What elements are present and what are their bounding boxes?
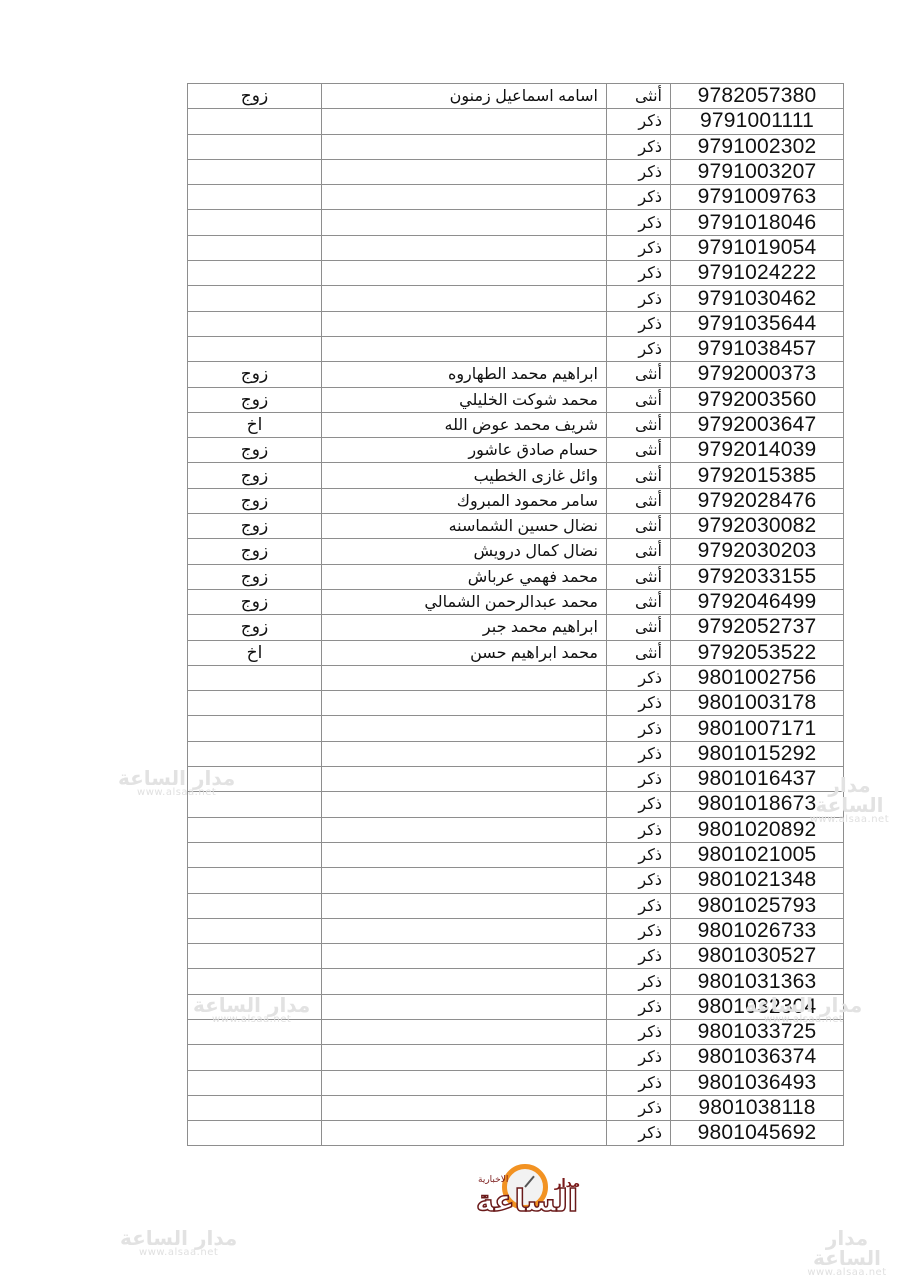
id-cell: 9791018046 (671, 210, 844, 235)
id-cell: 9791030462 (671, 286, 844, 311)
relation-cell: زوج (188, 589, 322, 614)
relation-cell (188, 159, 322, 184)
sex-cell: ذكر (607, 665, 671, 690)
table-row: ذكر9791003207 (188, 159, 844, 184)
table-row: ذكر9801018673 (188, 792, 844, 817)
id-cell: 9801036374 (671, 1045, 844, 1070)
name-cell (322, 969, 607, 994)
table-row: ذكر9801021348 (188, 868, 844, 893)
name-cell (322, 994, 607, 1019)
relation-cell (188, 210, 322, 235)
table-row: ذكر9801025793 (188, 893, 844, 918)
table-row: ذكر9801033725 (188, 1019, 844, 1044)
id-cell: 9791035644 (671, 311, 844, 336)
table-row: زوجمحمد عبدالرحمن الشماليأنثى9792046499 (188, 589, 844, 614)
sex-cell: أنثى (607, 84, 671, 109)
table-row: ذكر9801021005 (188, 842, 844, 867)
relation-cell (188, 1045, 322, 1070)
name-cell (322, 210, 607, 235)
table-row: ذكر9801032304 (188, 994, 844, 1019)
id-cell: 9801003178 (671, 691, 844, 716)
id-cell: 9792028476 (671, 488, 844, 513)
sex-cell: أنثى (607, 488, 671, 513)
table-row: ذكر9791019054 (188, 235, 844, 260)
name-cell (322, 185, 607, 210)
name-cell (322, 665, 607, 690)
relation-cell: اخ (188, 640, 322, 665)
name-cell: حسام صادق عاشور (322, 438, 607, 463)
table-row: زوجابراهيم محمد الطهاروهأنثى9792000373 (188, 362, 844, 387)
table-row: ذكر9801002756 (188, 665, 844, 690)
table-row: زوجابراهيم محمد جبرأنثى9792052737 (188, 615, 844, 640)
table-row: زوجوائل غازى الخطيبأنثى9792015385 (188, 463, 844, 488)
id-cell: 9792046499 (671, 589, 844, 614)
name-cell (322, 767, 607, 792)
sex-cell: ذكر (607, 918, 671, 943)
relation-cell (188, 1095, 322, 1120)
relation-cell (188, 109, 322, 134)
id-cell: 9791009763 (671, 185, 844, 210)
name-cell (322, 868, 607, 893)
relation-cell: زوج (188, 514, 322, 539)
relation-cell: اخ (188, 412, 322, 437)
sex-cell: ذكر (607, 134, 671, 159)
name-cell: محمد شوكت الخليلي (322, 387, 607, 412)
name-cell (322, 918, 607, 943)
id-cell: 9792003560 (671, 387, 844, 412)
name-cell (322, 691, 607, 716)
relation-cell (188, 893, 322, 918)
sex-cell: أنثى (607, 514, 671, 539)
id-cell: 9801026733 (671, 918, 844, 943)
table-row: ذكر9801036374 (188, 1045, 844, 1070)
relation-cell: زوج (188, 463, 322, 488)
id-cell: 9801032304 (671, 994, 844, 1019)
relation-cell (188, 969, 322, 994)
relation-cell (188, 261, 322, 286)
sex-cell: ذكر (607, 210, 671, 235)
relation-cell (188, 792, 322, 817)
table-row: ذكر9791035644 (188, 311, 844, 336)
sex-cell: ذكر (607, 994, 671, 1019)
table-row: ذكر9791002302 (188, 134, 844, 159)
sex-cell: ذكر (607, 261, 671, 286)
sex-cell: ذكر (607, 842, 671, 867)
sex-cell: ذكر (607, 109, 671, 134)
id-cell: 9801015292 (671, 741, 844, 766)
table-row: ذكر9801016437 (188, 767, 844, 792)
sex-cell: ذكر (607, 1121, 671, 1146)
sex-cell: أنثى (607, 463, 671, 488)
watermark-url: www.alsaa.net (120, 1248, 237, 1258)
id-cell: 9801045692 (671, 1121, 844, 1146)
sex-cell: ذكر (607, 767, 671, 792)
table-row: ذكر9791024222 (188, 261, 844, 286)
id-cell: 9782057380 (671, 84, 844, 109)
name-cell: ابراهيم محمد الطهاروه (322, 362, 607, 387)
relation-cell: زوج (188, 615, 322, 640)
sex-cell: ذكر (607, 1095, 671, 1120)
sex-cell: ذكر (607, 817, 671, 842)
sex-cell: أنثى (607, 615, 671, 640)
sex-cell: ذكر (607, 792, 671, 817)
relation-cell (188, 286, 322, 311)
id-cell: 9792003647 (671, 412, 844, 437)
table-row: ذكر9801015292 (188, 741, 844, 766)
sex-cell: ذكر (607, 311, 671, 336)
relation-cell: زوج (188, 539, 322, 564)
sex-cell: ذكر (607, 286, 671, 311)
table-row: ذكر9801020892 (188, 817, 844, 842)
relation-cell: زوج (188, 488, 322, 513)
sex-cell: أنثى (607, 438, 671, 463)
id-cell: 9791024222 (671, 261, 844, 286)
sex-cell: ذكر (607, 159, 671, 184)
name-cell (322, 792, 607, 817)
relation-cell (188, 817, 322, 842)
id-cell: 9801031363 (671, 969, 844, 994)
sex-cell: أنثى (607, 539, 671, 564)
relation-cell: زوج (188, 84, 322, 109)
watermark-left-3: مدار الساعة www.alsaa.net (120, 1228, 237, 1258)
sex-cell: ذكر (607, 691, 671, 716)
name-cell (322, 842, 607, 867)
relation-cell (188, 842, 322, 867)
name-cell: محمد ابراهيم حسن (322, 640, 607, 665)
id-cell: 9801016437 (671, 767, 844, 792)
id-cell: 9792030082 (671, 514, 844, 539)
id-cell: 9801007171 (671, 716, 844, 741)
table-row: ذكر9791018046 (188, 210, 844, 235)
relation-cell (188, 994, 322, 1019)
relation-cell (188, 1070, 322, 1095)
id-cell: 9792000373 (671, 362, 844, 387)
name-cell (322, 893, 607, 918)
name-cell: نضال كمال درويش (322, 539, 607, 564)
logo-main-text: الساعة (472, 1184, 582, 1219)
sex-cell: ذكر (607, 944, 671, 969)
table-row: زوجمحمد فهمي عرباشأنثى9792033155 (188, 564, 844, 589)
relation-cell (188, 134, 322, 159)
id-cell: 9792053522 (671, 640, 844, 665)
table-row: ذكر9801045692 (188, 1121, 844, 1146)
name-cell (322, 261, 607, 286)
id-cell: 9792015385 (671, 463, 844, 488)
relation-cell (188, 767, 322, 792)
relation-cell (188, 716, 322, 741)
name-cell (322, 1045, 607, 1070)
table-row: ذكر9791001111 (188, 109, 844, 134)
name-cell (322, 311, 607, 336)
table-row: ذكر9801007171 (188, 716, 844, 741)
name-cell: محمد عبدالرحمن الشمالي (322, 589, 607, 614)
name-cell (322, 235, 607, 260)
id-cell: 9801036493 (671, 1070, 844, 1095)
watermark-url: www.alsaa.net (790, 1268, 904, 1278)
name-cell (322, 286, 607, 311)
name-cell (322, 109, 607, 134)
table-row: ذكر9791030462 (188, 286, 844, 311)
relation-cell (188, 665, 322, 690)
table-row: زوجحسام صادق عاشورأنثى9792014039 (188, 438, 844, 463)
table-row: ذكر9801036493 (188, 1070, 844, 1095)
sex-cell: أنثى (607, 589, 671, 614)
id-cell: 9801018673 (671, 792, 844, 817)
sex-cell: ذكر (607, 235, 671, 260)
name-cell (322, 1095, 607, 1120)
table-row: ذكر9791038457 (188, 336, 844, 361)
table-row: اخمحمد ابراهيم حسنأنثى9792053522 (188, 640, 844, 665)
name-cell: محمد فهمي عرباش (322, 564, 607, 589)
table-row: زوجنضال حسين الشماسنهأنثى9792030082 (188, 514, 844, 539)
site-logo: الاخبارية مدار الساعة (472, 1160, 582, 1220)
sex-cell: أنثى (607, 387, 671, 412)
id-cell: 9801030527 (671, 944, 844, 969)
table-row: ذكر9791009763 (188, 185, 844, 210)
name-cell (322, 1070, 607, 1095)
relation-cell (188, 741, 322, 766)
id-cell: 9801025793 (671, 893, 844, 918)
name-cell: اسامه اسماعيل زمنون (322, 84, 607, 109)
sex-cell: ذكر (607, 1045, 671, 1070)
name-cell: نضال حسين الشماسنه (322, 514, 607, 539)
relation-cell (188, 868, 322, 893)
name-cell (322, 716, 607, 741)
sex-cell: ذكر (607, 741, 671, 766)
name-cell: سامر محمود المبروك (322, 488, 607, 513)
watermark-title: مدار الساعة (790, 1228, 904, 1268)
name-cell (322, 159, 607, 184)
sex-cell: أنثى (607, 564, 671, 589)
sex-cell: أنثى (607, 362, 671, 387)
sex-cell: ذكر (607, 893, 671, 918)
table-row: زوجاسامه اسماعيل زمنونأنثى9782057380 (188, 84, 844, 109)
name-cell (322, 1121, 607, 1146)
id-cell: 9801021348 (671, 868, 844, 893)
id-cell: 9791001111 (671, 109, 844, 134)
watermark-right-3: مدار الساعة www.alsaa.net (790, 1228, 904, 1278)
name-cell (322, 817, 607, 842)
relation-cell (188, 691, 322, 716)
relation-cell (188, 185, 322, 210)
relation-cell: زوج (188, 387, 322, 412)
sex-cell: ذكر (607, 336, 671, 361)
id-cell: 9791038457 (671, 336, 844, 361)
name-cell: شريف محمد عوض الله (322, 412, 607, 437)
sex-cell: ذكر (607, 1070, 671, 1095)
table-row: ذكر9801030527 (188, 944, 844, 969)
relation-cell: زوج (188, 564, 322, 589)
id-cell: 9801020892 (671, 817, 844, 842)
id-cell: 9801033725 (671, 1019, 844, 1044)
relation-cell (188, 235, 322, 260)
id-cell: 9801038118 (671, 1095, 844, 1120)
id-cell: 9801002756 (671, 665, 844, 690)
id-cell: 9792033155 (671, 564, 844, 589)
name-cell (322, 1019, 607, 1044)
relation-cell: زوج (188, 362, 322, 387)
sex-cell: ذكر (607, 185, 671, 210)
sex-cell: ذكر (607, 969, 671, 994)
table-row: ذكر9801038118 (188, 1095, 844, 1120)
table-row: ذكر9801003178 (188, 691, 844, 716)
id-cell: 9791002302 (671, 134, 844, 159)
sex-cell: ذكر (607, 868, 671, 893)
id-cell: 9801021005 (671, 842, 844, 867)
table-body: زوجاسامه اسماعيل زمنونأنثى9782057380ذكر9… (188, 84, 844, 1146)
records-table: زوجاسامه اسماعيل زمنونأنثى9782057380ذكر9… (187, 83, 844, 1146)
relation-cell (188, 311, 322, 336)
name-cell: ابراهيم محمد جبر (322, 615, 607, 640)
table-row: زوجسامر محمود المبروكأنثى9792028476 (188, 488, 844, 513)
id-cell: 9791003207 (671, 159, 844, 184)
table-row: زوجنضال كمال درويشأنثى9792030203 (188, 539, 844, 564)
relation-cell (188, 944, 322, 969)
id-cell: 9792030203 (671, 539, 844, 564)
watermark-title: مدار الساعة (120, 1228, 237, 1248)
relation-cell (188, 1019, 322, 1044)
table-row: ذكر9801031363 (188, 969, 844, 994)
name-cell: وائل غازى الخطيب (322, 463, 607, 488)
relation-cell (188, 336, 322, 361)
sex-cell: ذكر (607, 716, 671, 741)
table-row: اخشريف محمد عوض اللهأنثى9792003647 (188, 412, 844, 437)
name-cell (322, 741, 607, 766)
relation-cell: زوج (188, 438, 322, 463)
table-row: زوجمحمد شوكت الخليليأنثى9792003560 (188, 387, 844, 412)
name-cell (322, 944, 607, 969)
sex-cell: ذكر (607, 1019, 671, 1044)
id-cell: 9792014039 (671, 438, 844, 463)
relation-cell (188, 918, 322, 943)
name-cell (322, 336, 607, 361)
table-row: ذكر9801026733 (188, 918, 844, 943)
id-cell: 9792052737 (671, 615, 844, 640)
sex-cell: أنثى (607, 412, 671, 437)
relation-cell (188, 1121, 322, 1146)
sex-cell: أنثى (607, 640, 671, 665)
id-cell: 9791019054 (671, 235, 844, 260)
name-cell (322, 134, 607, 159)
